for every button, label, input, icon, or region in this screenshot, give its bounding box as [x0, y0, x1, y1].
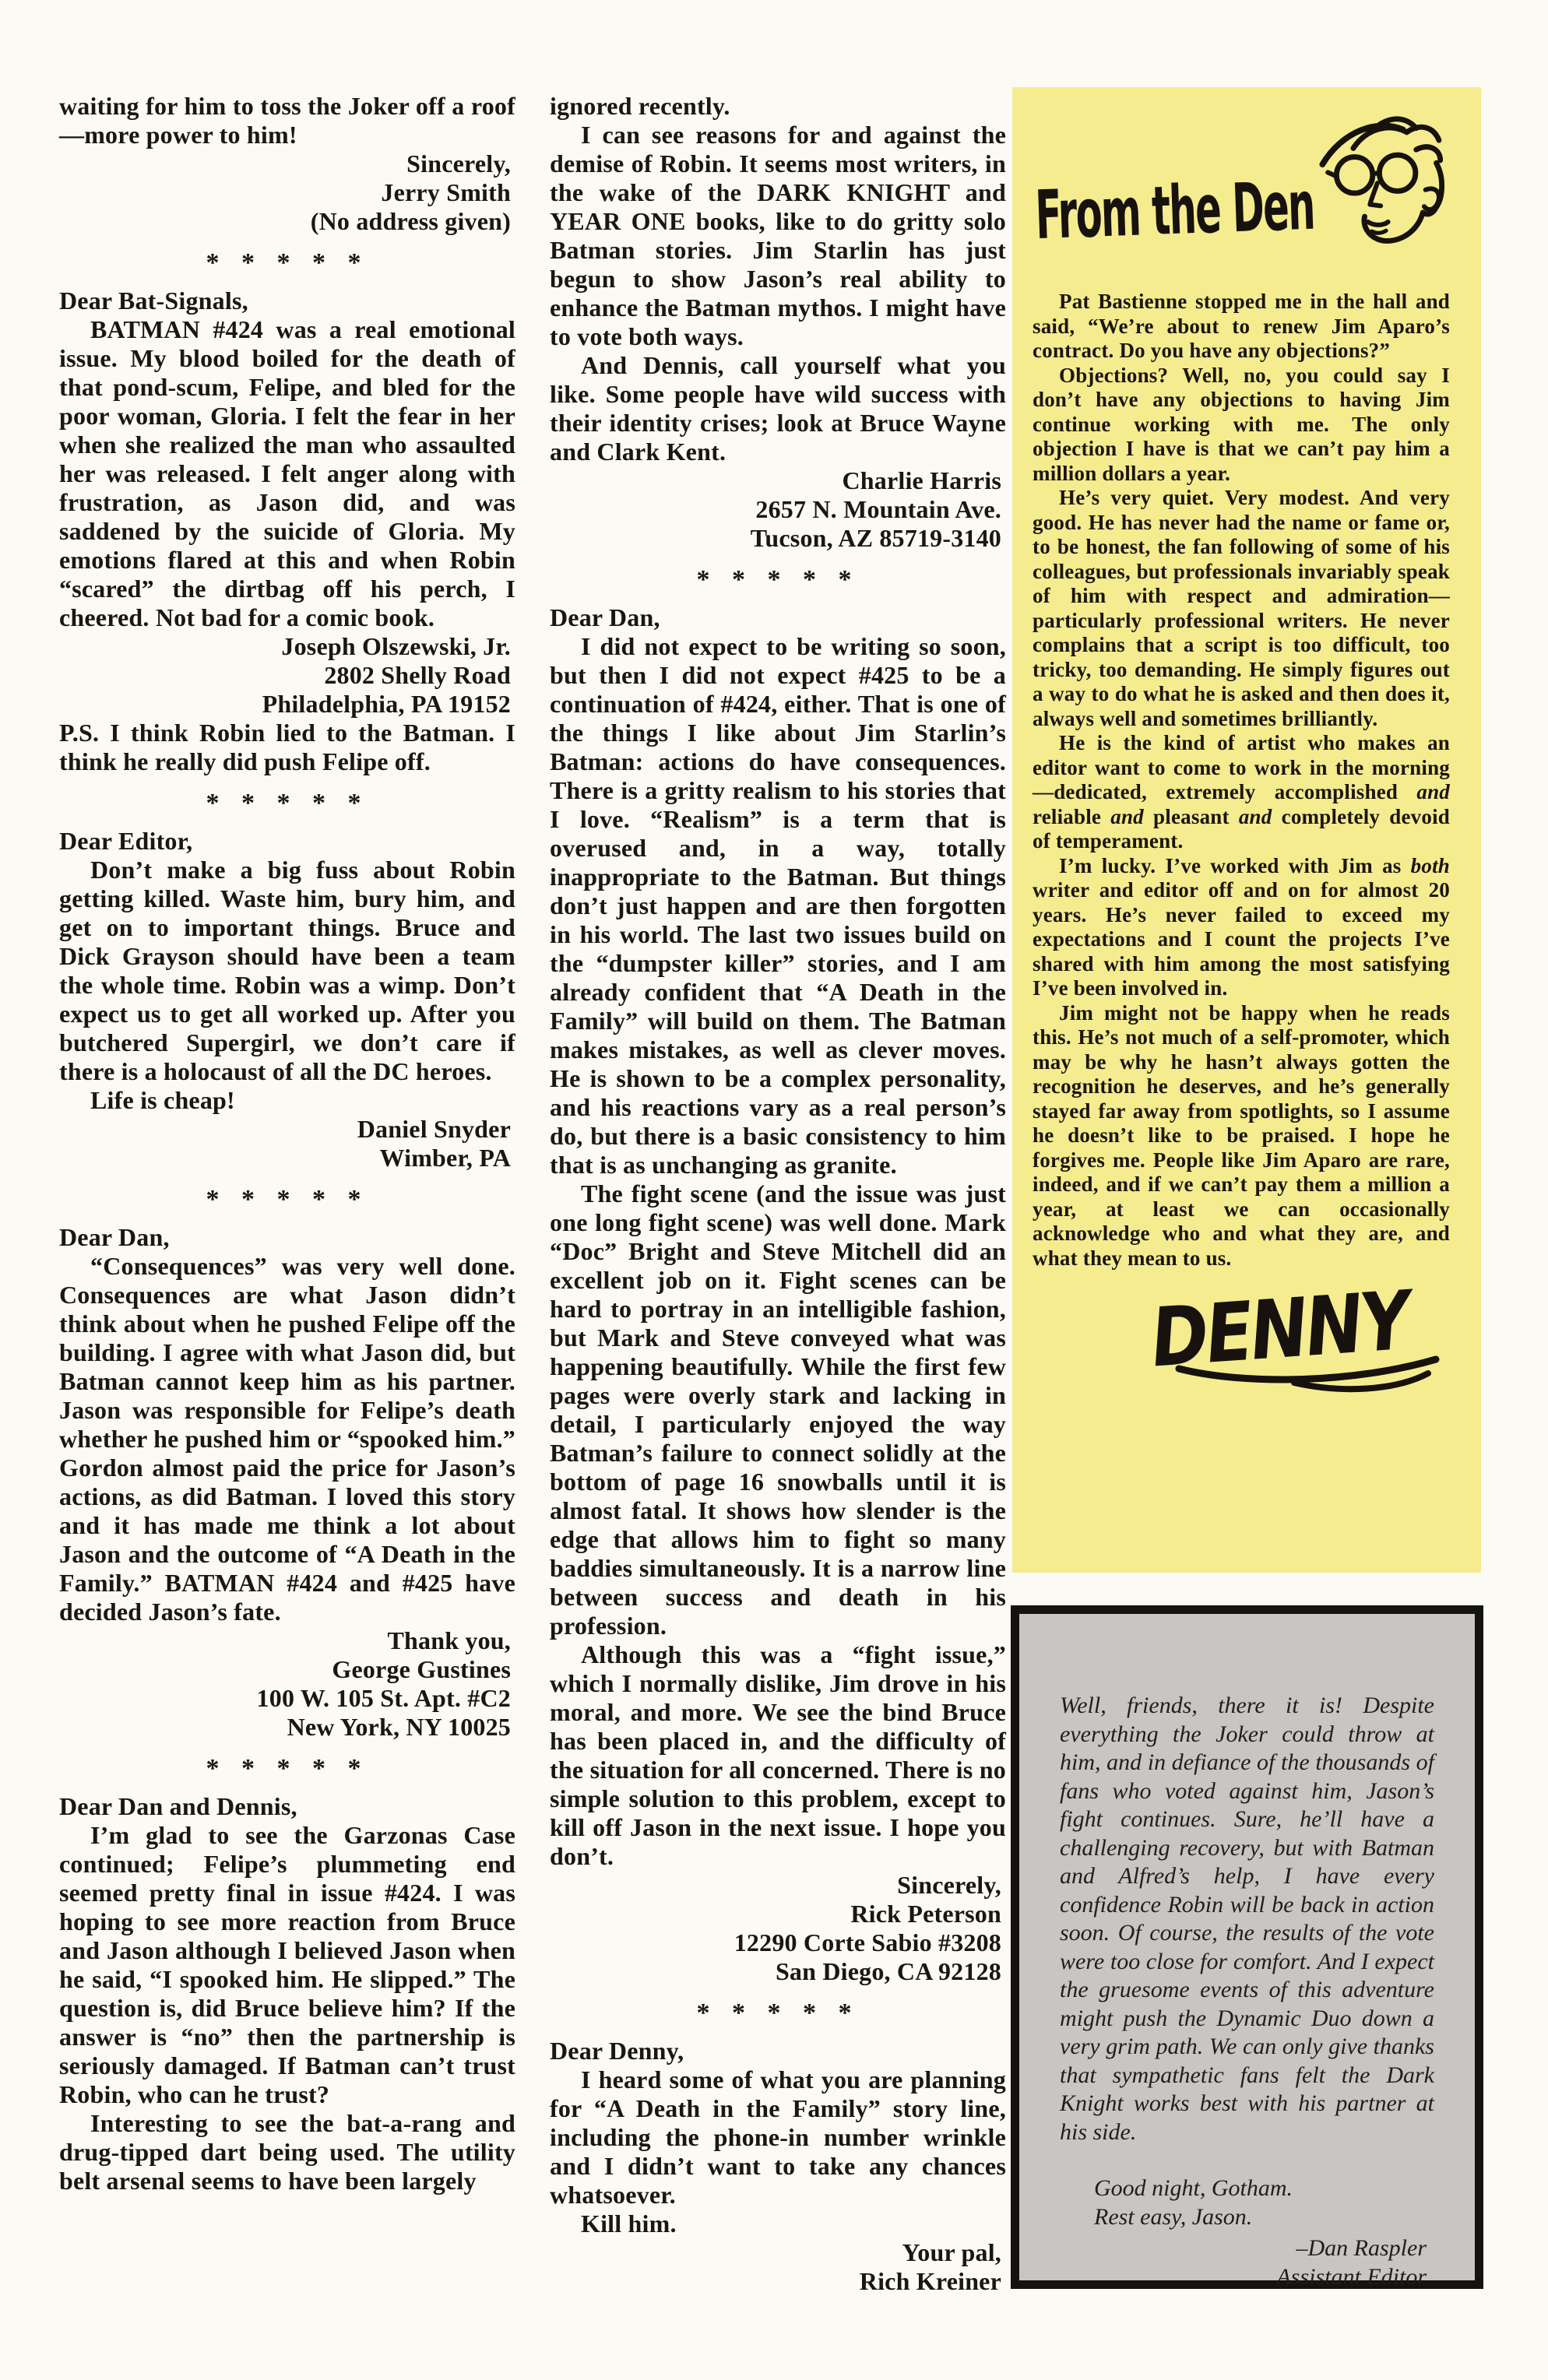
- section-divider-stars: * * * * *: [550, 565, 1006, 594]
- letter-paragraph: He is the kind of artist who makes an ed…: [1033, 731, 1450, 854]
- chin-outline: [1364, 213, 1423, 241]
- section-divider-stars: * * * * *: [59, 1185, 515, 1214]
- section-divider-stars: * * * * *: [59, 789, 515, 817]
- letter-paragraph: Interesting to see the bat-a-rang and dr…: [59, 2109, 515, 2195]
- letter-salutation: Dear Dan,: [59, 1223, 515, 1252]
- signature-line: 100 W. 105 St. Apt. #C2: [59, 1684, 511, 1713]
- letter-paragraph: BATMAN #424 was a real emotional issue. …: [59, 315, 515, 632]
- section-divider-stars: * * * * *: [59, 248, 515, 277]
- glasses-right-lens: [1379, 155, 1415, 191]
- glasses-bridge: [1373, 173, 1380, 174]
- signature-line: (No address given): [59, 207, 511, 236]
- letter-paragraph: P.S. I think Robin lied to the Batman. I…: [59, 719, 515, 776]
- signature-line: Thank you,: [59, 1626, 511, 1655]
- letter-signature: Sincerely,Jerry Smith(No address given): [59, 149, 515, 236]
- letter-salutation: Dear Dan and Dennis,: [59, 1792, 515, 1821]
- letter-paragraph: Don’t make a big fuss about Robin gettin…: [59, 856, 515, 1086]
- from-the-den-title-art: From the Den: [1033, 111, 1450, 272]
- signature-line: Your pal,: [550, 2238, 1001, 2267]
- signature-line: –Dan Raspler: [1060, 2234, 1427, 2263]
- letter-paragraph: I heard some of what you are planning fo…: [550, 2065, 1006, 2209]
- letter-paragraph: “Consequences” was very well done. Conse…: [59, 1252, 515, 1626]
- letters-column-1: waiting for him to toss the Joker off a …: [59, 92, 515, 2195]
- letter-salutation: Dear Bat-Signals,: [59, 287, 515, 315]
- letter-paragraph: And Dennis, call yourself what you like.…: [550, 351, 1006, 466]
- letter-paragraph: Objections? Well, no, you could say I do…: [1033, 364, 1450, 487]
- signature-line: 2802 Shelly Road: [59, 661, 511, 690]
- signature-line: 2657 N. Mountain Ave.: [550, 495, 1001, 524]
- signature-line: Sincerely,: [59, 149, 511, 178]
- signature-line: Philadelphia, PA 19152: [59, 690, 511, 719]
- from-the-den-panel: From the Den Pat Bastienne stopped: [1012, 87, 1481, 1573]
- denny-signature: DENNY: [1138, 1278, 1450, 1395]
- signature-line: 12290 Corte Sabio #3208: [550, 1928, 1001, 1957]
- signature-line: New York, NY 10025: [59, 1713, 511, 1742]
- signature-line: Wimber, PA: [59, 1144, 511, 1172]
- signature-line: Sincerely,: [550, 1871, 1001, 1900]
- letters-column-2: ignored recently.I can see reasons for a…: [550, 92, 1006, 2296]
- letter-salutation: Dear Denny,: [550, 2037, 1006, 2065]
- letter-paragraph: ignored recently.: [550, 92, 1006, 121]
- letter-paragraph: I can see reasons for and against the de…: [550, 121, 1006, 351]
- signature-line: Tucson, AZ 85719-3140: [550, 524, 1001, 553]
- letters-page: waiting for him to toss the Joker off a …: [0, 0, 1548, 2380]
- signature-line: Rick Peterson: [550, 1900, 1001, 1928]
- letter-paragraph: The fight scene (and the issue was just …: [550, 1179, 1006, 1640]
- hair-stroke: [1416, 147, 1441, 160]
- letter-signature: Charlie Harris2657 N. Mountain Ave.Tucso…: [550, 466, 1006, 553]
- signature-line: Rich Kreiner: [550, 2267, 1001, 2296]
- letter-paragraph: Kill him.: [550, 2209, 1006, 2238]
- section-divider-stars: * * * * *: [59, 1754, 515, 1783]
- letter-salutation: Dear Dan,: [550, 603, 1006, 632]
- section-divider-stars: * * * * *: [550, 1999, 1006, 2027]
- cartoon-face-icon: [1322, 119, 1441, 241]
- ear: [1424, 188, 1439, 209]
- mouth-upper: [1368, 222, 1388, 225]
- letter-paragraph: Well, friends, there it is! Despite ever…: [1060, 1692, 1434, 2146]
- letter-paragraph: Jim might not be happy when he reads thi…: [1033, 1001, 1450, 1271]
- letter-paragraph: He’s very quiet. Very modest. And very g…: [1033, 486, 1450, 731]
- signature-line: Daniel Snyder: [59, 1115, 511, 1144]
- editor-note-box: Well, friends, there it is! Despite ever…: [1011, 1605, 1483, 2289]
- letter-paragraph: I did not expect to be writing so soon, …: [550, 632, 1006, 1179]
- signature-line: Assistant Editor: [1060, 2263, 1427, 2292]
- letter-paragraph: Good night, Gotham.: [1060, 2174, 1434, 2203]
- letter-paragraph: I’m lucky. I’ve worked with Jim as both …: [1033, 854, 1450, 1001]
- letter-signature: Your pal,Rich Kreiner: [550, 2238, 1006, 2296]
- signature-line: Jerry Smith: [59, 178, 511, 207]
- letter-signature: Daniel SnyderWimber, PA: [59, 1115, 515, 1172]
- letter-paragraph: I’m glad to see the Garzonas Case contin…: [59, 1821, 515, 2109]
- signature-line: San Diego, CA 92128: [550, 1957, 1001, 1986]
- signature-line: Charlie Harris: [550, 466, 1001, 495]
- letter-signature: –Dan RasplerAssistant Editor: [1060, 2234, 1434, 2291]
- letter-paragraph: waiting for him to toss the Joker off a …: [59, 92, 515, 149]
- letter-paragraph: Pat Bastienne stopped me in the hall and…: [1033, 290, 1450, 364]
- letter-signature: Joseph Olszewski, Jr.2802 Shelly RoadPhi…: [59, 632, 515, 719]
- from-the-den-lettering: From the Den: [1034, 167, 1315, 255]
- letter-paragraph: Although this was a “fight issue,” which…: [550, 1640, 1006, 1871]
- letter-paragraph: Life is cheap!: [59, 1086, 515, 1115]
- den-title-text: From the Den: [1034, 167, 1315, 255]
- letter-salutation: Dear Editor,: [59, 827, 515, 856]
- letter-paragraph: Rest easy, Jason.: [1060, 2203, 1434, 2232]
- signature-line: Joseph Olszewski, Jr.: [59, 632, 511, 661]
- signature-line: George Gustines: [59, 1655, 511, 1684]
- from-the-den-text: Pat Bastienne stopped me in the hall and…: [1033, 290, 1450, 1271]
- letter-signature: Thank you,George Gustines100 W. 105 St. …: [59, 1626, 515, 1742]
- mouth-lower: [1372, 230, 1386, 233]
- hair-stroke: [1407, 127, 1439, 140]
- glasses-left-lens: [1336, 157, 1372, 193]
- letter-signature: Sincerely,Rick Peterson12290 Corte Sabio…: [550, 1871, 1006, 1986]
